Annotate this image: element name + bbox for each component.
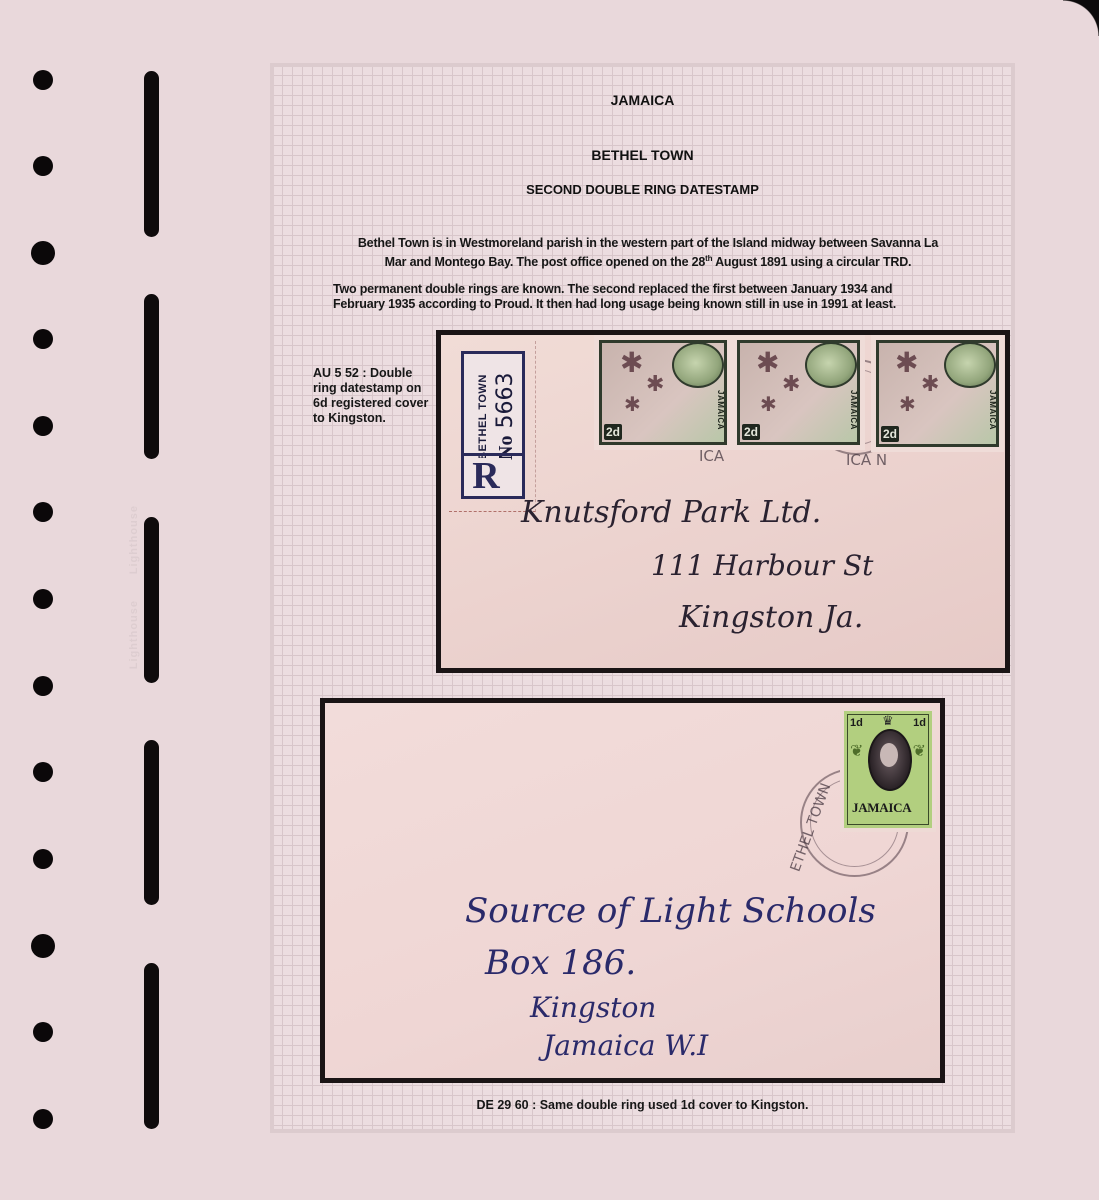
- binder-hole: [31, 934, 55, 958]
- section-title: SECOND DOUBLE RING DATESTAMP: [270, 182, 1015, 197]
- intro-line: Bethel Town is in Westmoreland parish in…: [333, 236, 963, 251]
- sugar-cane-icon: ❦: [850, 741, 863, 761]
- binder-slot: [144, 517, 159, 683]
- watermark-text: Lighthouse: [128, 600, 140, 669]
- binder-hole: [33, 589, 53, 609]
- palm-tree-icon: ✱: [646, 373, 664, 395]
- binder-hole: [33, 156, 53, 176]
- stamp-country: JAMAICA: [716, 390, 725, 430]
- stamp-value-left: 1d: [850, 717, 863, 729]
- postmark-text: ICA N: [846, 451, 887, 469]
- binder-slot: [144, 71, 159, 237]
- portrait-face: [880, 743, 898, 767]
- address-line: Kingston: [530, 991, 656, 1024]
- cover-1-caption: AU 5 52 : Double ring datestamp on 6d re…: [313, 366, 438, 426]
- watermark-text: Lighthouse: [128, 505, 140, 574]
- binder-hole: [31, 241, 55, 265]
- registration-letter-box: R: [464, 453, 522, 496]
- registration-number: No 5663: [493, 373, 518, 460]
- cover-2-caption: DE 29 60 : Same double ring used 1d cove…: [270, 1098, 1015, 1112]
- address-line: Jamaica W.I: [543, 1029, 708, 1062]
- address-line: 111 Harbour St: [651, 549, 873, 582]
- registration-label-box: BETHEL TOWN No 5663 R: [461, 351, 525, 499]
- palm-tree-icon: ✱: [760, 395, 777, 415]
- binder-hole: [33, 676, 53, 696]
- intro-text: Mar and Montego Bay. The post office ope…: [385, 255, 705, 269]
- intro-line: Mar and Montego Bay. The post office ope…: [333, 251, 963, 270]
- binder-hole: [33, 502, 53, 522]
- stamp-country: JAMAICA: [852, 800, 911, 816]
- palm-tree-icon: ✱: [921, 373, 939, 395]
- address-line: Kingston Ja.: [679, 600, 863, 635]
- binder-hole: [33, 416, 53, 436]
- registration-number-value: 5663: [493, 373, 518, 429]
- stamp-value: 2d: [604, 424, 622, 440]
- binder-slot: [144, 963, 159, 1129]
- binder-hole: [33, 1109, 53, 1129]
- stamp-2d: ✱ ✱ ✱ 2d JAMAICA: [594, 335, 732, 450]
- stamp-value-right: 1d: [913, 717, 926, 729]
- binder-hole: [33, 329, 53, 349]
- intro-paragraph-1: Bethel Town is in Westmoreland parish in…: [333, 236, 963, 270]
- cover-1-envelope: BETHEL TOWN No 5663 R ICA ICA N ✱ ✱ ✱ 2d…: [441, 335, 1005, 668]
- binder-slot: [144, 740, 159, 905]
- stamp-1d: 1d 1d ♛ ❦ ❦ JAMAICA: [840, 707, 936, 832]
- binder-slot: [144, 294, 159, 459]
- palm-tree-icon: ✱: [899, 395, 916, 415]
- address-line: Knutsford Park Ltd.: [521, 495, 821, 530]
- page-title: JAMAICA: [270, 92, 1015, 108]
- queen-portrait-icon: [868, 729, 912, 791]
- stamp-country: JAMAICA: [849, 390, 858, 430]
- binder-hole: [33, 70, 53, 90]
- registration-r-icon: R: [464, 458, 508, 494]
- palm-tree-icon: ✱: [756, 349, 779, 377]
- registration-text: BETHEL TOWN No 5663: [468, 360, 518, 460]
- stamp-2d: ✱ ✱ ✱ 2d JAMAICA: [732, 335, 865, 450]
- cover-2-mount: ETHEL TOWN 1d 1d ♛ ❦ ❦ JAMAICA Source of…: [320, 698, 945, 1083]
- sugar-cane-icon: ❦: [913, 741, 926, 761]
- stamp-country: JAMAICA: [988, 390, 997, 430]
- intro-line: Two permanent double rings are known. Th…: [333, 282, 963, 297]
- palm-tree-icon: ✱: [895, 349, 918, 377]
- registration-town: BETHEL TOWN: [477, 374, 489, 460]
- page-subtitle: BETHEL TOWN: [270, 147, 1015, 163]
- cover-2-envelope: ETHEL TOWN 1d 1d ♛ ❦ ❦ JAMAICA Source of…: [325, 703, 940, 1078]
- intro-line: February 1935 according to Proud. It the…: [333, 297, 963, 312]
- crown-icon: ♛: [882, 713, 894, 729]
- address-line: Source of Light Schools: [465, 891, 876, 931]
- registration-label: BETHEL TOWN No 5663 R: [449, 341, 536, 512]
- cover-1-mount: BETHEL TOWN No 5663 R ICA ICA N ✱ ✱ ✱ 2d…: [436, 330, 1010, 673]
- stamp-2d: ✱ ✱ ✱ 2d JAMAICA: [871, 335, 1004, 452]
- address-line: Box 186.: [485, 943, 636, 983]
- palm-tree-icon: ✱: [782, 373, 800, 395]
- page-corner: [1063, 0, 1099, 36]
- intro-text: August 1891 using a circular TRD.: [712, 255, 911, 269]
- stamp-value: 2d: [742, 424, 760, 440]
- binder-hole: [33, 762, 53, 782]
- palm-tree-icon: ✱: [624, 395, 641, 415]
- stamp-value: 2d: [881, 426, 899, 442]
- king-portrait-icon: [672, 342, 724, 388]
- palm-tree-icon: ✱: [620, 349, 643, 377]
- binder-hole: [33, 1022, 53, 1042]
- king-portrait-icon: [944, 342, 996, 388]
- king-portrait-icon: [805, 342, 857, 388]
- binder-hole: [33, 849, 53, 869]
- intro-paragraph-2: Two permanent double rings are known. Th…: [333, 282, 963, 312]
